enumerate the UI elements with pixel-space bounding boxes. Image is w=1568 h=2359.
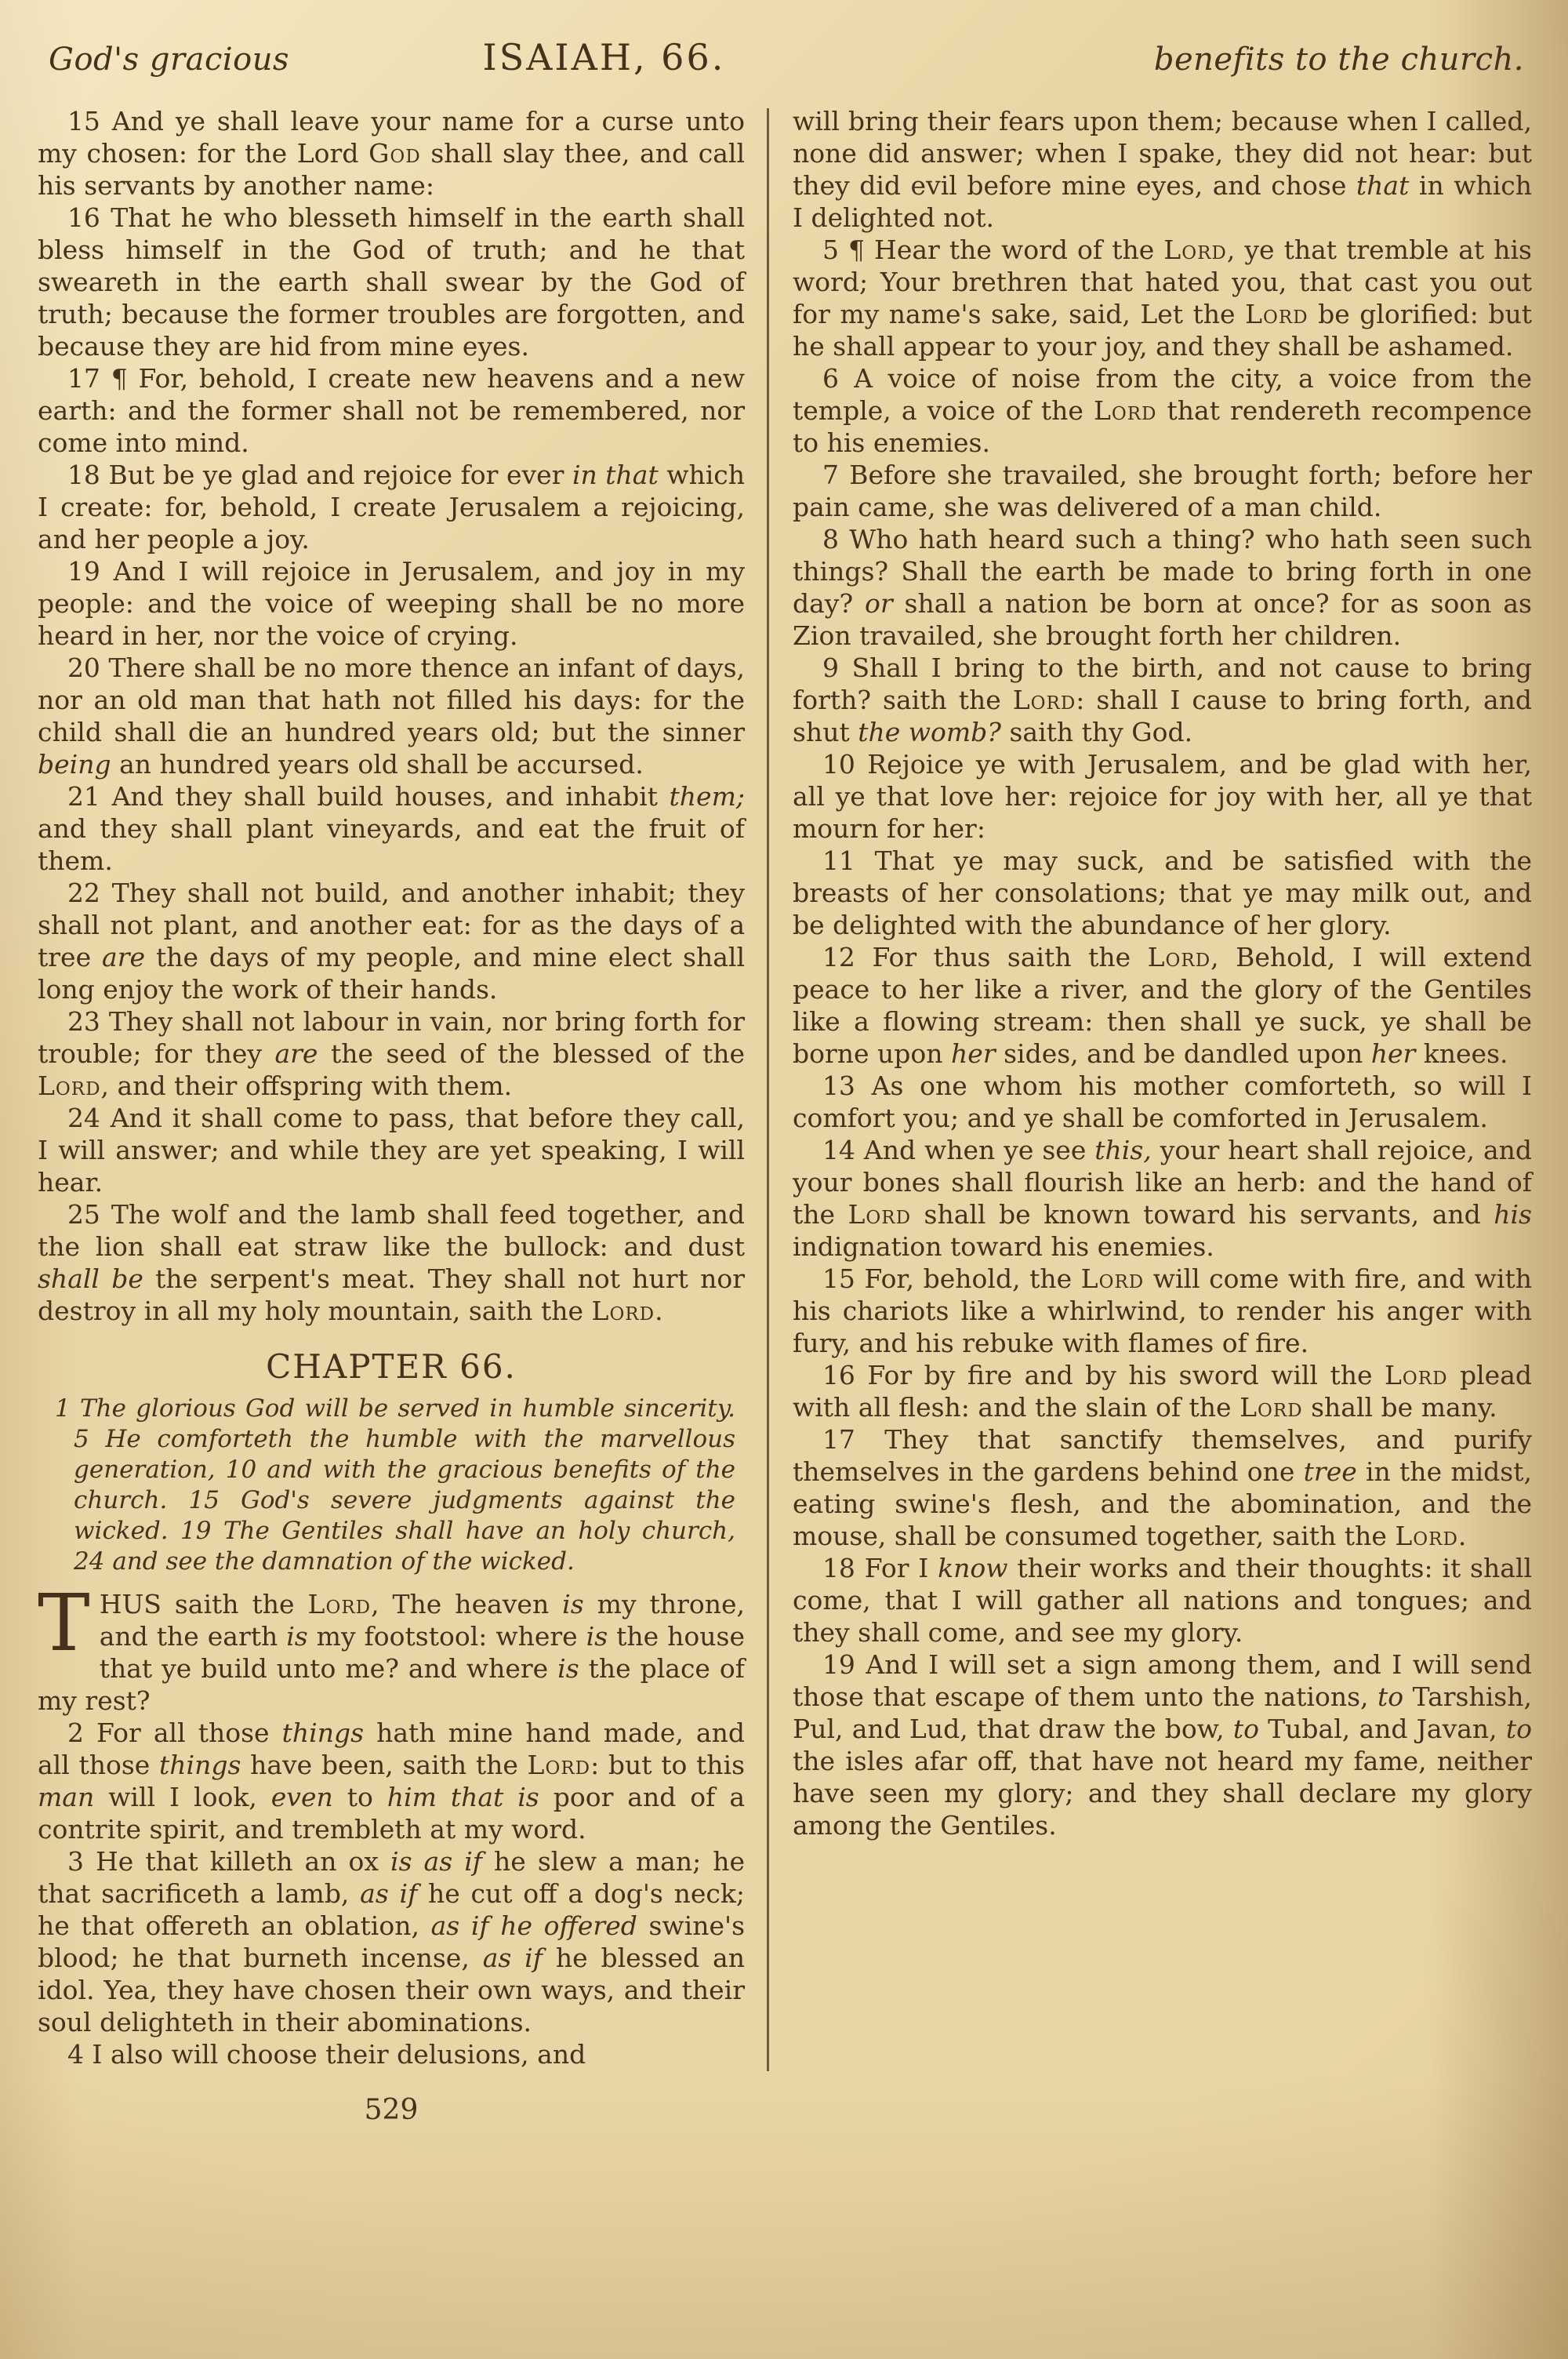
- text-columns: 15 And ye shall leave your name for a cu…: [38, 105, 1537, 2126]
- verse-number: 25: [67, 1199, 100, 1230]
- chapter-heading: CHAPTER 66.: [38, 1350, 745, 1383]
- verse: 17 ¶ For, behold, I create new heavens a…: [38, 362, 745, 459]
- verse: 8 Who hath heard such a thing? who hath …: [793, 523, 1532, 652]
- verse-number: 11: [822, 845, 855, 876]
- verse-number: 3: [67, 1846, 84, 1877]
- running-head: God's gracious ISAIAH, 66. benefits to t…: [38, 36, 1537, 78]
- verse-number: 19: [822, 1649, 855, 1680]
- verse: 5 ¶ Hear the word of the Lord, ye that t…: [793, 234, 1532, 362]
- verse-number: 5: [822, 234, 839, 265]
- verse: 15 And ye shall leave your name for a cu…: [38, 105, 745, 202]
- verse-number: 24: [67, 1103, 100, 1133]
- verse: 21 And they shall build houses, and inha…: [38, 780, 745, 877]
- page-title: ISAIAH, 66.: [483, 36, 726, 78]
- chapter-66-verses-continued: will bring their fears upon them; becaus…: [793, 105, 1532, 1841]
- drop-cap: T: [38, 1588, 100, 1654]
- verse: 20 There shall be no more thence an infa…: [38, 652, 745, 780]
- verse-number: 17: [67, 363, 100, 394]
- verse-number: 6: [822, 363, 839, 394]
- verse-number: 22: [67, 878, 100, 908]
- verse-number: 18: [67, 460, 100, 490]
- verse: 18 But be ye glad and rejoice for ever i…: [38, 459, 745, 555]
- verse: 3 He that killeth an ox is as if he slew…: [38, 1845, 745, 2038]
- verse-number: 16: [822, 1360, 855, 1390]
- verse: 9 Shall I bring to the birth, and not ca…: [793, 652, 1532, 748]
- page-number: 529: [38, 2094, 745, 2126]
- verse-number: 2: [67, 1717, 84, 1748]
- verse: 17 They that sanctify themselves, and pu…: [793, 1423, 1532, 1552]
- verse-number: 15: [67, 106, 100, 136]
- chapter-66-verses: THUS saith the Lord, The heaven is my th…: [38, 1588, 745, 2070]
- verse: 6 A voice of noise from the city, a voic…: [793, 362, 1532, 459]
- verse-number: 4: [67, 2039, 84, 2070]
- verse: 24 And it shall come to pass, that befor…: [38, 1102, 745, 1198]
- verse: 16 That he who blesseth himself in the e…: [38, 202, 745, 362]
- left-column: 15 And ye shall leave your name for a cu…: [38, 105, 745, 2126]
- column-divider-rule: [767, 108, 769, 2071]
- running-head-left: God's gracious: [49, 42, 289, 78]
- chapter-65-verses: 15 And ye shall leave your name for a cu…: [38, 105, 745, 1327]
- verse: 25 The wolf and the lamb shall feed toge…: [38, 1198, 745, 1327]
- verse: 13 As one whom his mother comforteth, so…: [793, 1070, 1532, 1134]
- verse-number: 9: [822, 652, 839, 683]
- verse-number: 18: [822, 1553, 855, 1583]
- verse: 23 They shall not labour in vain, nor br…: [38, 1005, 745, 1102]
- verse-number: 8: [822, 524, 839, 554]
- chapter-summary: 1 The glorious God will be served in hum…: [74, 1394, 735, 1577]
- bible-page: God's gracious ISAIAH, 66. benefits to t…: [0, 0, 1568, 2359]
- verse-number: 14: [822, 1135, 855, 1165]
- verse-number: 19: [67, 556, 100, 587]
- verse-number: 7: [822, 460, 839, 490]
- verse: will bring their fears upon them; becaus…: [793, 105, 1532, 234]
- verse: 19 And I will set a sign among them, and…: [793, 1648, 1532, 1841]
- verse: 16 For by fire and by his sword will the…: [793, 1359, 1532, 1423]
- verse: THUS saith the Lord, The heaven is my th…: [38, 1588, 745, 1717]
- verse-number: 15: [822, 1263, 855, 1294]
- verse-number: 12: [822, 942, 855, 972]
- running-head-right: benefits to the church.: [1154, 42, 1524, 78]
- verse: 22 They shall not build, and another inh…: [38, 877, 745, 1005]
- verse: 4 I also will choose their delusions, an…: [38, 2038, 745, 2070]
- verse: 11 That ye may suck, and be satisfied wi…: [793, 845, 1532, 941]
- verse: 18 For I know their works and their thou…: [793, 1552, 1532, 1648]
- verse-number: 20: [67, 652, 100, 683]
- verse: 14 And when ye see this, your heart shal…: [793, 1134, 1532, 1263]
- verse: 10 Rejoice ye with Jerusalem, and be gla…: [793, 748, 1532, 845]
- right-column: will bring their fears upon them; becaus…: [793, 105, 1537, 2126]
- verse-number: 23: [67, 1006, 100, 1037]
- verse-number: 16: [67, 202, 100, 233]
- verse: 7 Before she travailed, she brought fort…: [793, 459, 1532, 523]
- verse: 12 For thus saith the Lord, Behold, I wi…: [793, 941, 1532, 1070]
- verse: 19 And I will rejoice in Jerusalem, and …: [38, 555, 745, 652]
- verse-number: 10: [822, 749, 855, 780]
- verse: 15 For, behold, the Lord will come with …: [793, 1263, 1532, 1359]
- verse-number: 17: [822, 1424, 855, 1455]
- verse-number: 21: [67, 781, 100, 812]
- verse: 2 For all those things hath mine hand ma…: [38, 1717, 745, 1845]
- verse-number: 13: [822, 1070, 855, 1101]
